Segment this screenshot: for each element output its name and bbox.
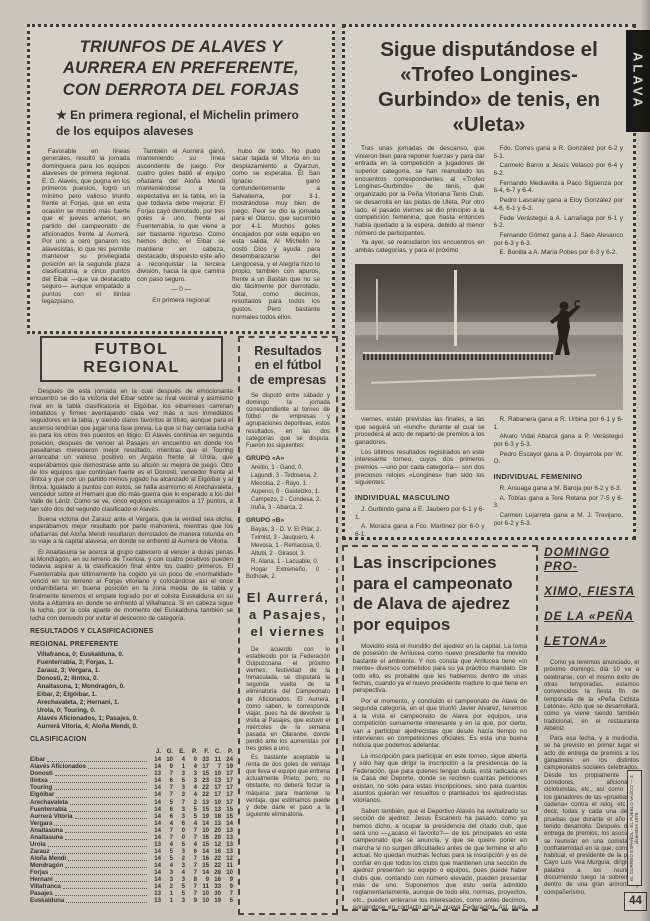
tennis-paragraph: Ya ayer, se reanudaron los encuentros en… [355, 239, 485, 254]
stat-j: 14 [149, 869, 161, 876]
femenino-results: R. Arsuaga gana a M. Baroja por 6-2 y 6-… [494, 485, 624, 527]
team-name: Zarauz [30, 848, 50, 855]
dot-leader [68, 860, 147, 861]
regional-preferente-heading: REGIONAL PREFERENTE [30, 641, 233, 648]
stat-g: 5 [161, 799, 173, 806]
team-name: Villafranca [30, 883, 61, 890]
tennis-result-line: R. Rabanera gana a R. Urbina por 6-1 y 6… [494, 416, 624, 431]
newspaper-page: TRIUNFOS DE ALAVES Y AURRERA EN PREFEREN… [0, 0, 650, 921]
table-row: Elgóibar 14 7 3 4 22 17 17 [30, 791, 233, 798]
category-femenino-heading: INDIVIDUAL FEMENINO [494, 473, 624, 482]
lead-col3-text: hubo de todo. No pudo sacar tajada el Vi… [232, 148, 320, 322]
tennis-result-line: A. Tobías gana a Tere Retana por 7-5 y 6… [494, 495, 624, 510]
regional-paragraph: Buena victoria del Zarauz ante el Vergar… [30, 516, 233, 545]
futbol-regional-title: FUTBOL REGIONAL [40, 336, 223, 382]
stat-c: 22 [209, 862, 221, 869]
tennis-result-line: Pedro Lascaray gana a Eloy González por … [494, 197, 624, 212]
stat-p: 2 [185, 799, 197, 806]
team-name: Hernani [30, 876, 53, 883]
stat-c: 19 [209, 897, 221, 904]
stat-g: 4 [161, 862, 173, 869]
tennis-result-line: Pedro Escayol gana a P. Goyarrola por W.… [494, 451, 624, 466]
stat-e: 3 [173, 784, 185, 791]
tennis-result-line: E. Bonilla a A. María Pobes por 6-3 y 6-… [494, 249, 624, 257]
team-name: Vergara [30, 820, 52, 827]
result-line: Aupenci, 0 - Gasteizko, 1. [246, 489, 330, 496]
stat-f: 22 [197, 791, 209, 798]
stat-c: 22 [209, 855, 221, 862]
stat-p: 3 [185, 770, 197, 777]
dot-leader [55, 895, 147, 896]
ajedrez-paragraph: Saben también, que el Deportivo Alavés h… [353, 808, 527, 911]
grupo-b-heading: GRUPO «B» [246, 517, 330, 525]
stat-c: 10 [209, 770, 221, 777]
stat-c: 33 [209, 883, 221, 890]
letona-headline: DOMINGO PRO-XIMO, FIESTADE LA «PEÑALETON… [544, 545, 639, 648]
stat-c: 30 [209, 890, 221, 897]
ajedrez-paragraph: Movidito está el mundillo del ajedrez en… [353, 643, 527, 695]
table-row: Zarauz 14 5 3 6 14 16 13 [30, 848, 233, 855]
table-row: Alavés Aficionados 14 9 1 4 17 7 19 [30, 763, 233, 770]
section-tab-alava: ALAVA [626, 30, 650, 132]
ajedrez-paragraph: Por el momento, y concluido el campeonat… [353, 698, 527, 750]
team-name: Euskalduna [30, 897, 64, 904]
tennis-result-line: J. Gurbindo gana a E. Jaubero por 6-1 y … [355, 506, 485, 521]
stat-j: 14 [149, 820, 161, 827]
photo-tennis-net [363, 352, 553, 360]
stat-j: 14 [149, 883, 161, 890]
tennis-court-photo [355, 264, 623, 410]
stat-f: 10 [197, 897, 209, 904]
stat-j: 14 [149, 784, 161, 791]
letona-headline-line: XIMO, FIESTA [544, 584, 639, 598]
stat-p: 6 [185, 848, 197, 855]
table-row: Pasajes 13 1 5 7 10 30 7 [30, 890, 233, 897]
futbol-regional-body: Después de esta jornada en la cual despu… [30, 388, 233, 622]
column-header: P. [185, 748, 197, 755]
masculino-results: J. Gurbindo gana a E. Jaubero por 6-1 y … [355, 506, 485, 539]
table-row: Urola 13 4 5 4 15 12 13 [30, 841, 233, 848]
lead-col1-text: Favorable en líneas generales, resultó l… [42, 148, 130, 306]
stat-f: 14 [197, 869, 209, 876]
tennis-result-line: Fernando Gómez gana a J. Sáez Alesanco p… [494, 232, 624, 247]
result-line: Altubi, 2 - Girasol, 3. [246, 551, 330, 558]
stat-pts: 7 [221, 890, 233, 897]
letona-headline-line: DE LA «PEÑA [544, 609, 639, 623]
stat-j: 14 [149, 777, 161, 784]
stat-c: 12 [209, 841, 221, 848]
letona-paragraph: Como ya tenemos anunciado, el próximo do… [544, 659, 639, 732]
masthead-vertical: EL CORREO ESPAÑOL - EL PUEBLO VASCO — 3 … [627, 770, 642, 886]
stat-p: 0 [185, 756, 197, 763]
stat-e: 4 [173, 756, 185, 763]
stat-e: 3 [173, 897, 185, 904]
dot-leader [63, 888, 147, 889]
dot-leader [75, 818, 147, 819]
stat-e: 3 [173, 806, 185, 813]
stat-g: 6 [161, 813, 173, 820]
stat-f: 17 [197, 763, 209, 770]
regional-paragraph: El Anaitasuna se acerca al grupo cabecer… [30, 549, 233, 623]
result-line: Hogar Extremeño, 0 - Bothoak, 2. [246, 567, 330, 581]
table-row: Fuenterrabía 14 6 3 5 15 13 15 [30, 806, 233, 813]
letona-headline-line: DOMINGO PRO- [544, 545, 639, 573]
tennis-paragraph: Los últimos resultados registrados en es… [355, 449, 485, 487]
result-line: R. Alana, 1 - Lacuable, 0. [246, 559, 330, 566]
table-row: Villafranca 14 2 5 7 11 33 9 [30, 883, 233, 890]
result-line: Arechavaleta, 2; Hernani, 1. [30, 699, 233, 706]
stat-e: 1 [173, 763, 185, 770]
column-header: J. [149, 748, 161, 755]
dot-leader [52, 853, 147, 854]
stat-pts: 19 [221, 763, 233, 770]
stat-pts: 17 [221, 799, 233, 806]
team-name: Urola [30, 841, 46, 848]
grupo-a-heading: GRUPO «A» [246, 455, 330, 463]
stat-f: 10 [197, 827, 209, 834]
table-row: Aurrerá Vitoria 14 6 3 5 19 18 15 [30, 813, 233, 820]
team-name: Donosti [30, 770, 53, 777]
tennis-result-line: Carmelo Barrio a Jesús Velasco por 6-4 y… [494, 162, 624, 177]
stat-p: 7 [185, 827, 197, 834]
team-name: Arechavaleta [30, 799, 68, 806]
stat-j: 14 [149, 862, 161, 869]
stat-f: 15 [197, 841, 209, 848]
result-line: Donosti, 2; Ilintxa, 0. [30, 675, 233, 682]
stat-e: 2 [173, 855, 185, 862]
article-ajedrez: Las inscripciones para el campeonato de … [342, 545, 538, 911]
stat-g: 1 [161, 890, 173, 897]
regional-paragraph: Después de esta jornada en la cual despu… [30, 388, 233, 513]
lead-col2-tail: En primera regional [137, 297, 225, 305]
stat-c: 17 [209, 784, 221, 791]
tennis-bottom-left: viernes, están previstas las finales, a … [355, 416, 485, 541]
stat-j: 14 [149, 855, 161, 862]
lead-subhead-text: En primera regional, el Michelin primero… [56, 108, 299, 138]
stat-p: 7 [185, 862, 197, 869]
tennis-result-line: Fede Verástegui a A. Larrañaga por 6-1 y… [494, 215, 624, 230]
stat-pts: 14 [221, 820, 233, 827]
grupo-a-results: Areitio, 1 - Gand, 0.Lagundi, 3 - Tedose… [246, 465, 330, 512]
ajedrez-body: Movidito está el mundillo del ajedrez en… [353, 643, 527, 911]
empresas-title: Resultados en el fútbol de empresas [246, 344, 330, 387]
tennis-bottom-columns: viernes, están previstas las finales, a … [355, 416, 623, 541]
lead-headline: TRIUNFOS DE ALAVES Y AURRERA EN PREFEREN… [46, 37, 316, 101]
stat-j: 14 [149, 848, 161, 855]
stat-c: 13 [209, 820, 221, 827]
stat-pts: 17 [221, 784, 233, 791]
dot-leader [50, 782, 147, 783]
stat-c: 13 [209, 806, 221, 813]
stat-j: 14 [149, 834, 161, 841]
stat-p: 4 [185, 784, 197, 791]
stat-e: 0 [173, 827, 185, 834]
stat-p: 7 [185, 890, 197, 897]
stat-pts: 9 [221, 883, 233, 890]
tennis-result-line: Fdo. Corres gana a R. González por 6-2 y… [494, 145, 624, 160]
table-row: Eibar 14 10 4 0 33 11 24 [30, 756, 233, 763]
result-line: Urola, 0; Touring, 0. [30, 707, 233, 714]
tennis-top-columns: Tras unas jornadas de descanso, que vini… [355, 145, 623, 259]
section-separator: — 0 — [137, 286, 225, 294]
tennis-bottom-right: R. Rabanera gana a R. Urbina por 6-1 y 6… [494, 416, 624, 541]
stat-pts: 15 [221, 806, 233, 813]
classification-rows: Eibar 14 10 4 0 33 11 24 Alavés Aficiona… [30, 756, 233, 904]
stat-c: 17 [209, 791, 221, 798]
table-row: Ilintxa 14 6 5 3 23 13 17 [30, 777, 233, 784]
dot-leader [70, 804, 147, 805]
article-lead-triunfos: TRIUNFOS DE ALAVES Y AURRERA EN PREFEREN… [27, 24, 335, 334]
stat-pts: 13 [221, 827, 233, 834]
result-line: Anaitasuna, 1; Mondragón, 0. [30, 683, 233, 690]
stat-c: 10 [209, 799, 221, 806]
result-line: Alavés Aficionados, 1; Pasajes, 0. [30, 715, 233, 722]
stat-e: 3 [173, 813, 185, 820]
stat-f: 16 [197, 834, 209, 841]
regional-results-list: Villafranca, 0; Euskalduna, 0.Fuenterrab… [30, 651, 233, 730]
result-line: Iruña, 3 - Abarca, 2. [246, 505, 330, 512]
dot-leader [48, 846, 147, 847]
stat-pts: 17 [221, 770, 233, 777]
lead-body-columns: Favorable en líneas generales, resultó l… [42, 148, 320, 325]
table-row: Forjas 14 3 4 7 14 28 10 [30, 869, 233, 876]
stat-p: 7 [185, 855, 197, 862]
stat-c: 28 [209, 869, 221, 876]
stat-e: 4 [173, 869, 185, 876]
table-row: Donosti 13 7 3 3 15 10 17 [30, 770, 233, 777]
tennis-col-right: Fdo. Corres gana a R. González por 6-2 y… [494, 145, 624, 259]
stat-g: 10 [161, 756, 173, 763]
stat-e: 5 [173, 777, 185, 784]
tennis-headline: Sigue disputándose el «Trofeo Longines-G… [355, 37, 623, 137]
tennis-paragraph: viernes, están previstas las finales, a … [355, 416, 485, 447]
stat-f: 22 [197, 784, 209, 791]
table-row: Anaitasuna 14 7 0 7 16 20 13 [30, 834, 233, 841]
stat-e: 3 [173, 770, 185, 777]
stat-f: 13 [197, 799, 209, 806]
stat-g: 4 [161, 820, 173, 827]
stat-f: 9 [197, 876, 209, 883]
stat-g: 9 [161, 763, 173, 770]
star-icon: ★ [56, 108, 67, 122]
stat-pts: 17 [221, 777, 233, 784]
more-masculino-results: R. Rabanera gana a R. Urbina por 6-1 y 6… [494, 416, 624, 466]
article-futbol-regional: FUTBOL REGIONAL Después de esta jornada … [30, 336, 233, 909]
stat-e: 3 [173, 791, 185, 798]
empresas-intro: Se disputó entre sábado y domingo la jor… [246, 393, 330, 450]
dot-leader [54, 789, 147, 790]
photo-pole-2 [376, 279, 378, 340]
table-row: Touring 14 7 3 4 22 17 17 [30, 784, 233, 791]
stat-g: 7 [161, 784, 173, 791]
team-name: Fuenterrabía [30, 806, 67, 813]
classification-header-row: J.G.E.P.F.C.P. [30, 748, 233, 755]
stat-e: 0 [173, 834, 185, 841]
result-line: Eibar, 2; Elgóibar, 1. [30, 691, 233, 698]
stat-pts: 17 [221, 791, 233, 798]
team-name: Forjas [30, 869, 48, 876]
stat-g: 2 [161, 883, 173, 890]
tennis-result-line: Carmen Lejarreta gana a M. J. Trevijano,… [494, 512, 624, 527]
result-line: Villafranca, 0; Euskalduna, 0. [30, 651, 233, 658]
stat-c: 11 [209, 756, 221, 763]
team-name: Touring [30, 784, 52, 791]
stat-p: 7 [185, 883, 197, 890]
stat-g: 4 [161, 841, 173, 848]
stat-pts: 10 [221, 869, 233, 876]
stat-g: 5 [161, 855, 173, 862]
stat-e: 6 [173, 820, 185, 827]
stat-g: 3 [161, 869, 173, 876]
page-number: 44 [624, 892, 647, 911]
stat-e: 5 [173, 841, 185, 848]
dot-leader [47, 761, 147, 762]
stat-j: 13 [149, 770, 161, 777]
stat-e: 3 [173, 862, 185, 869]
stat-j: 13 [149, 890, 161, 897]
stat-p: 4 [185, 763, 197, 770]
stat-g: 7 [161, 791, 173, 798]
table-row: Vergara 14 4 6 4 14 13 14 [30, 820, 233, 827]
team-name: Aloña Mendi [30, 855, 66, 862]
dot-leader [65, 832, 147, 833]
stat-j: 14 [149, 813, 161, 820]
aurrera-pasajes-heading: El Aurrerá, a Pasajes, el viernes [246, 590, 330, 641]
column-header: C. [209, 748, 221, 755]
lead-subhead: ★ En primera regional, el Michelin prime… [56, 108, 306, 139]
table-row: Mondragón 14 4 3 7 15 22 11 [30, 862, 233, 869]
stat-f: 23 [197, 777, 209, 784]
empresas-body: Se disputó entre sábado y domingo la jor… [246, 393, 330, 819]
result-line: Tximist, 3 - Jauquero, 4. [246, 535, 330, 542]
tennis-col-left: Tras unas jornadas de descanso, que vini… [355, 145, 485, 259]
stat-p: 7 [185, 834, 197, 841]
photo-pole [454, 270, 457, 346]
photo-back-wall [355, 322, 623, 335]
stat-c: 13 [209, 777, 221, 784]
aurrera-paragraph: Es bastante aceptable la renta de dos go… [246, 755, 330, 819]
stat-g: 7 [161, 827, 173, 834]
stat-p: 4 [185, 820, 197, 827]
letona-headline-line: LETONA» [544, 634, 639, 648]
dot-leader [54, 825, 147, 826]
classification-table: J.G.E.P.F.C.P. Eibar 14 10 4 0 33 11 24 … [30, 748, 233, 904]
dot-leader [65, 839, 147, 840]
team-name: Mondragón [30, 862, 63, 869]
stat-c: 16 [209, 848, 221, 855]
stat-c: 16 [209, 876, 221, 883]
stat-f: 14 [197, 820, 209, 827]
stat-pts: 13 [221, 848, 233, 855]
stat-f: 10 [197, 890, 209, 897]
stat-c: 20 [209, 834, 221, 841]
stat-g: 6 [161, 806, 173, 813]
result-line: Lagundi, 3 - Tedosesa, 2. [246, 473, 330, 480]
ajedrez-headline: Las inscripciones para el campeonato de … [353, 553, 527, 636]
team-name: Eibar [30, 756, 45, 763]
stat-pts: 11 [221, 862, 233, 869]
stat-f: 11 [197, 883, 209, 890]
tennis-result-line: Fernando Mediavilla a Paco Sigüenza por … [494, 180, 624, 195]
stat-p: 4 [185, 791, 197, 798]
dot-leader [88, 768, 147, 769]
stat-g: 5 [161, 848, 173, 855]
stat-g: 7 [161, 770, 173, 777]
stat-f: 15 [197, 770, 209, 777]
stat-e: 7 [173, 799, 185, 806]
stat-c: 7 [209, 763, 221, 770]
stat-e: 5 [173, 883, 185, 890]
resultados-heading: RESULTADOS Y CLASIFICACIONES [30, 628, 233, 635]
table-row: Hernani 14 3 3 8 9 16 9 [30, 876, 233, 883]
lead-col2-text: También el Aurrerá ganó, manteniendo su … [137, 148, 225, 284]
team-name: Pasajes [30, 890, 53, 897]
stat-p: 3 [185, 777, 197, 784]
stat-c: 20 [209, 827, 221, 834]
lead-column-2: También el Aurrerá ganó, manteniendo su … [137, 148, 225, 325]
tennis-result-line: A. Moraza gana a Fco. Martínez por 6-0 y… [355, 523, 485, 538]
table-row: Aloña Mendi 14 5 2 7 16 22 12 [30, 855, 233, 862]
stat-e: 5 [173, 890, 185, 897]
table-row: Arechavaleta 14 5 7 2 13 10 17 [30, 799, 233, 806]
column-pena-letona: DOMINGO PRO-XIMO, FIESTADE LA «PEÑALETON… [544, 545, 639, 917]
stat-j: 14 [149, 799, 161, 806]
team-name: Aurrerá Vitoria [30, 813, 73, 820]
result-line: Fuenterrabía, 3; Forjas, 1. [30, 659, 233, 666]
letona-body: Como ya tenemos anunciado, el próximo do… [544, 659, 639, 896]
stat-e: 3 [173, 876, 185, 883]
team-name: Anaitasuna [30, 827, 63, 834]
dot-leader [66, 902, 147, 903]
stat-j: 13 [149, 841, 161, 848]
stat-pts: 15 [221, 813, 233, 820]
stat-p: 5 [185, 813, 197, 820]
aurrera-paragraph: De acuerdo con lo establecido por la Fed… [246, 647, 330, 753]
stat-p: 7 [185, 869, 197, 876]
column-header: P. [221, 748, 233, 755]
result-line: Zarauz, 3; Vergara, 1. [30, 667, 233, 674]
lead-column-3: hubo de todo. No pudo sacar tajada el Vi… [232, 148, 320, 325]
stat-j: 14 [149, 876, 161, 883]
stat-pts: 24 [221, 756, 233, 763]
dot-leader [56, 797, 147, 798]
result-line: Campezo, 2 - Condesa, 2. [246, 497, 330, 504]
letona-paragraph: Para esa fecha, y a mediodía, se ha prev… [544, 735, 639, 896]
stat-j: 14 [149, 763, 161, 770]
result-line: Mevosa, 1 - Remacosa, 0. [246, 543, 330, 550]
column-futbol-empresas: Resultados en el fútbol de empresas Se d… [238, 336, 338, 915]
stat-pts: 5 [221, 897, 233, 904]
stat-f: 15 [197, 806, 209, 813]
result-line: Mecolsa, 2 - Rayo, 1. [246, 481, 330, 488]
tennis-result-line: R. Arsuaga gana a M. Baroja por 6-2 y 6-… [494, 485, 624, 493]
stat-pts: 13 [221, 834, 233, 841]
grupo-b-results: Bayas, 3 - D. V. El Pilar, 2.Tximist, 3 … [246, 527, 330, 582]
dot-leader [55, 881, 147, 882]
tennis-result-line: Alvaro Vidal Abarca gana a P. Verástegui… [494, 433, 624, 448]
stat-pts: 13 [221, 841, 233, 848]
stat-p: 4 [185, 841, 197, 848]
stat-j: 14 [149, 827, 161, 834]
result-line: Aurrerá Vitoria, 4; Aloña Mendi, 0. [30, 723, 233, 730]
stat-pts: 9 [221, 876, 233, 883]
stat-p: 5 [185, 806, 197, 813]
stat-f: 16 [197, 855, 209, 862]
tennis-player-silhouette [546, 299, 580, 357]
stat-j: 14 [149, 791, 161, 798]
stat-g: 6 [161, 777, 173, 784]
lead-column-1: Favorable en líneas generales, resultó l… [42, 148, 130, 325]
